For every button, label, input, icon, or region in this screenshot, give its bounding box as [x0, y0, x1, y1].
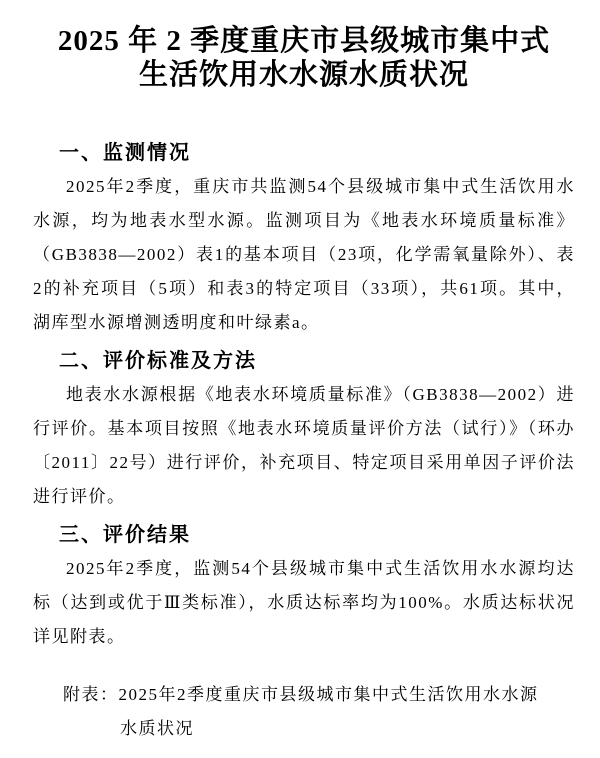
section-paragraph-evaluation-method: 地表水水源根据《地表水环境质量标准》（GB3838—2002）进行评价。基本项目… [33, 378, 575, 514]
section-paragraph-evaluation-result: 2025年2季度，监测54个县级城市集中式生活饮用水水源均达标（达到或优于Ⅲ类标… [33, 552, 575, 654]
section-heading-monitoring: 一、监测情况 [33, 136, 575, 170]
section-paragraph-monitoring: 2025年2季度，重庆市共监测54个县级城市集中式生活饮用水水源，均为地表水型水… [33, 170, 575, 340]
section-evaluation-result: 三、评价结果 2025年2季度，监测54个县级城市集中式生活饮用水水源均达标（达… [33, 518, 575, 654]
section-heading-evaluation-result: 三、评价结果 [33, 518, 575, 552]
document-title: 2025 年 2 季度重庆市县级城市集中式 生活饮用水水源水质状况 [33, 24, 575, 92]
document-title-line-2: 生活饮用水水源水质状况 [33, 58, 575, 92]
document-page: 2025 年 2 季度重庆市县级城市集中式 生活饮用水水源水质状况 一、监测情况… [0, 0, 600, 758]
section-evaluation-method: 二、评价标准及方法 地表水水源根据《地表水环境质量标准》（GB3838—2002… [33, 344, 575, 514]
appendix-text-line-2: 水质状况 [63, 712, 575, 746]
document-title-line-1: 2025 年 2 季度重庆市县级城市集中式 [33, 24, 575, 58]
section-heading-evaluation-method: 二、评价标准及方法 [33, 344, 575, 378]
appendix-line-1: 附表：2025年2季度重庆市县级城市集中式生活饮用水水源 [63, 678, 575, 712]
section-monitoring: 一、监测情况 2025年2季度，重庆市共监测54个县级城市集中式生活饮用水水源，… [33, 136, 575, 340]
appendix-text-line-1: 2025年2季度重庆市县级城市集中式生活饮用水水源 [119, 685, 539, 704]
appendix-note: 附表：2025年2季度重庆市县级城市集中式生活饮用水水源 水质状况 [33, 678, 575, 746]
appendix-label: 附表： [63, 685, 119, 704]
